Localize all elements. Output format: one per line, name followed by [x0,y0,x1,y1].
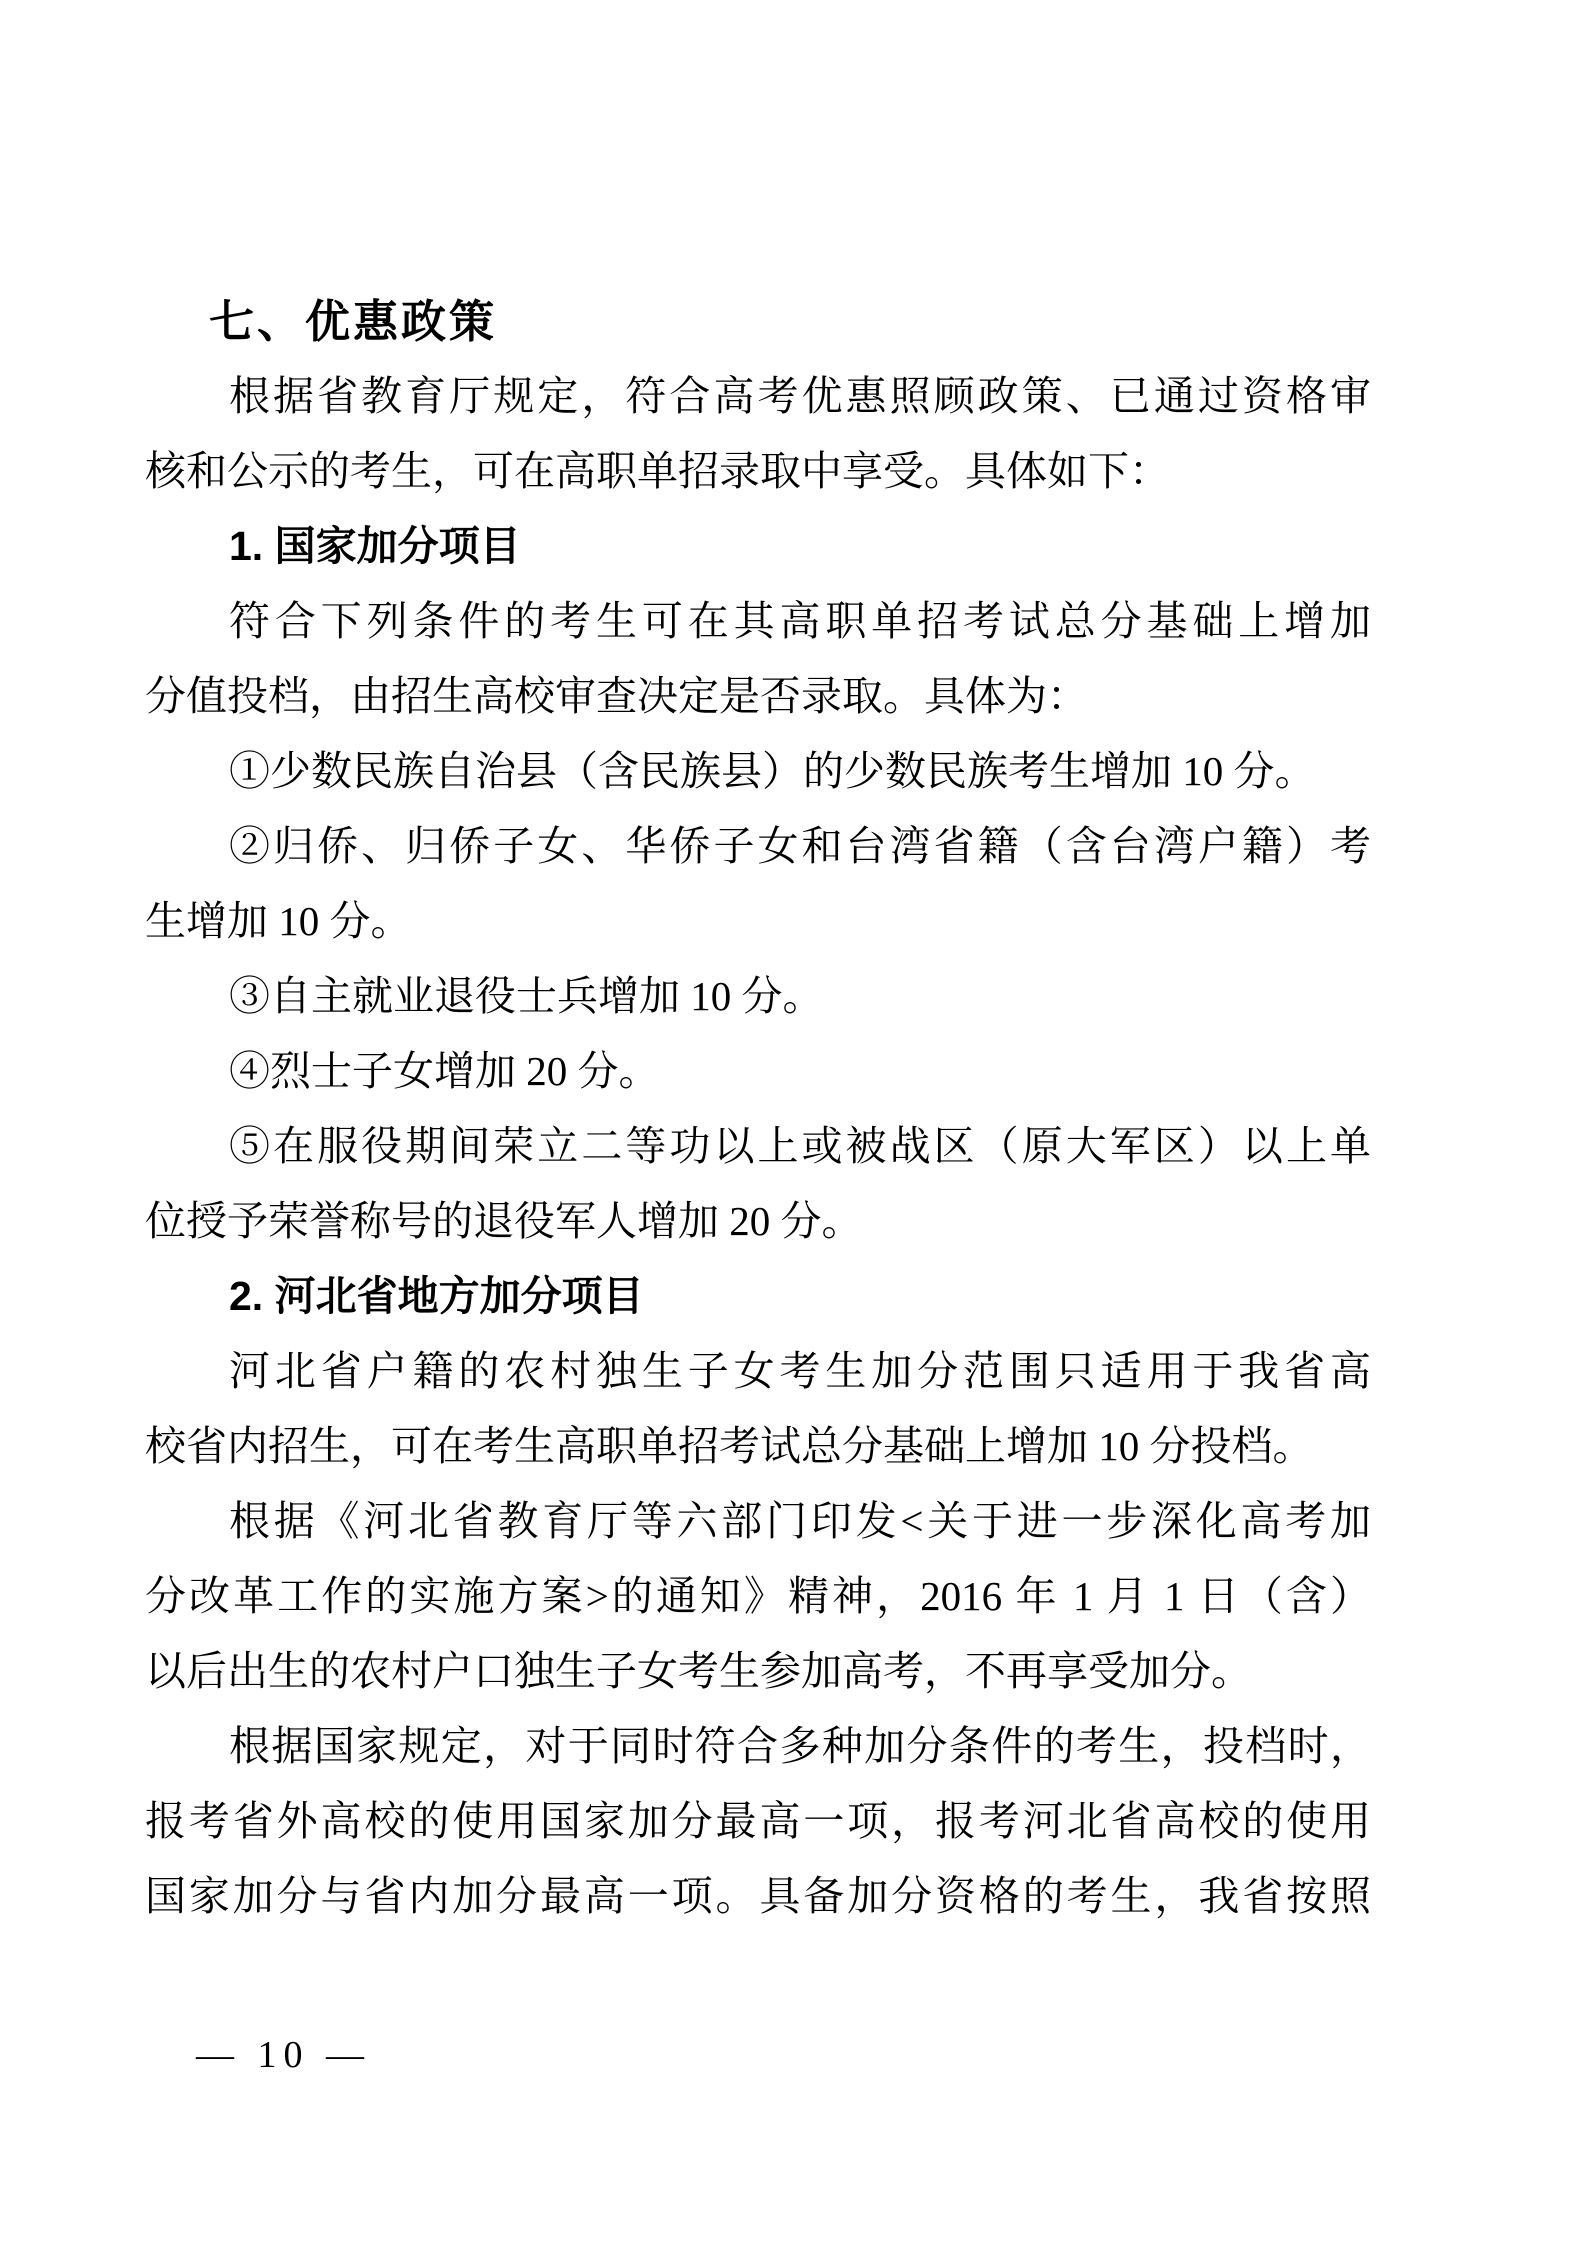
subheading-provincial: 2. 河北省地方加分项目 [145,1259,1371,1334]
paragraph-line: 根据省教育厅规定，符合高考优惠照顾政策、已通过资格审 [145,359,1371,434]
list-item-1: ①少数民族自治县（含民族县）的少数民族考生增加 10 分。 [145,734,1371,809]
list-item-5-continuation: 位授予荣誉称号的退役军人增加 20 分。 [145,1184,1371,1259]
paragraph-line: 符合下列条件的考生可在其高职单招考试总分基础上增加 [145,584,1371,659]
paragraph-line: 河北省户籍的农村独生子女考生加分范围只适用于我省高 [145,1334,1371,1409]
list-item-2: ②归侨、归侨子女、华侨子女和台湾省籍（含台湾户籍）考 [145,809,1371,884]
paragraph-line: 校省内招生，可在考生高职单招考试总分基础上增加 10 分投档。 [145,1409,1371,1484]
list-item-3: ③自主就业退役士兵增加 10 分。 [145,959,1371,1034]
paragraph-line: 分改革工作的实施方案>的通知》精神，2016 年 1 月 1 日（含） [145,1559,1371,1634]
page-number: — 10 — [196,2018,371,2093]
paragraph-line: 根据《河北省教育厅等六部门印发<关于进一步深化高考加 [145,1484,1371,1559]
list-item-5: ⑤在服役期间荣立二等功以上或被战区（原大军区）以上单 [145,1109,1371,1184]
list-item-2-continuation: 生增加 10 分。 [145,884,1371,959]
paragraph-line: 核和公示的考生，可在高职单招录取中享受。具体如下： [145,434,1371,509]
paragraph-line: 以后出生的农村户口独生子女考生参加高考，不再享受加分。 [145,1634,1371,1709]
paragraph-line: 报考省外高校的使用国家加分最高一项，报考河北省高校的使用 [145,1784,1371,1859]
list-item-4: ④烈士子女增加 20 分。 [145,1034,1371,1109]
document-body: 七、优惠政策 根据省教育厅规定，符合高考优惠照顾政策、已通过资格审 核和公示的考… [145,284,1371,1934]
paragraph-line: 分值投档，由招生高校审查决定是否录取。具体为： [145,659,1371,734]
document-page: 七、优惠政策 根据省教育厅规定，符合高考优惠照顾政策、已通过资格审 核和公示的考… [0,0,1587,2245]
paragraph-line: 国家加分与省内加分最高一项。具备加分资格的考生，我省按照 [145,1859,1371,1934]
section-title: 七、优惠政策 [145,284,1371,359]
paragraph-line: 根据国家规定，对于同时符合多种加分条件的考生，投档时， [145,1709,1371,1784]
subheading-national: 1. 国家加分项目 [145,509,1371,584]
